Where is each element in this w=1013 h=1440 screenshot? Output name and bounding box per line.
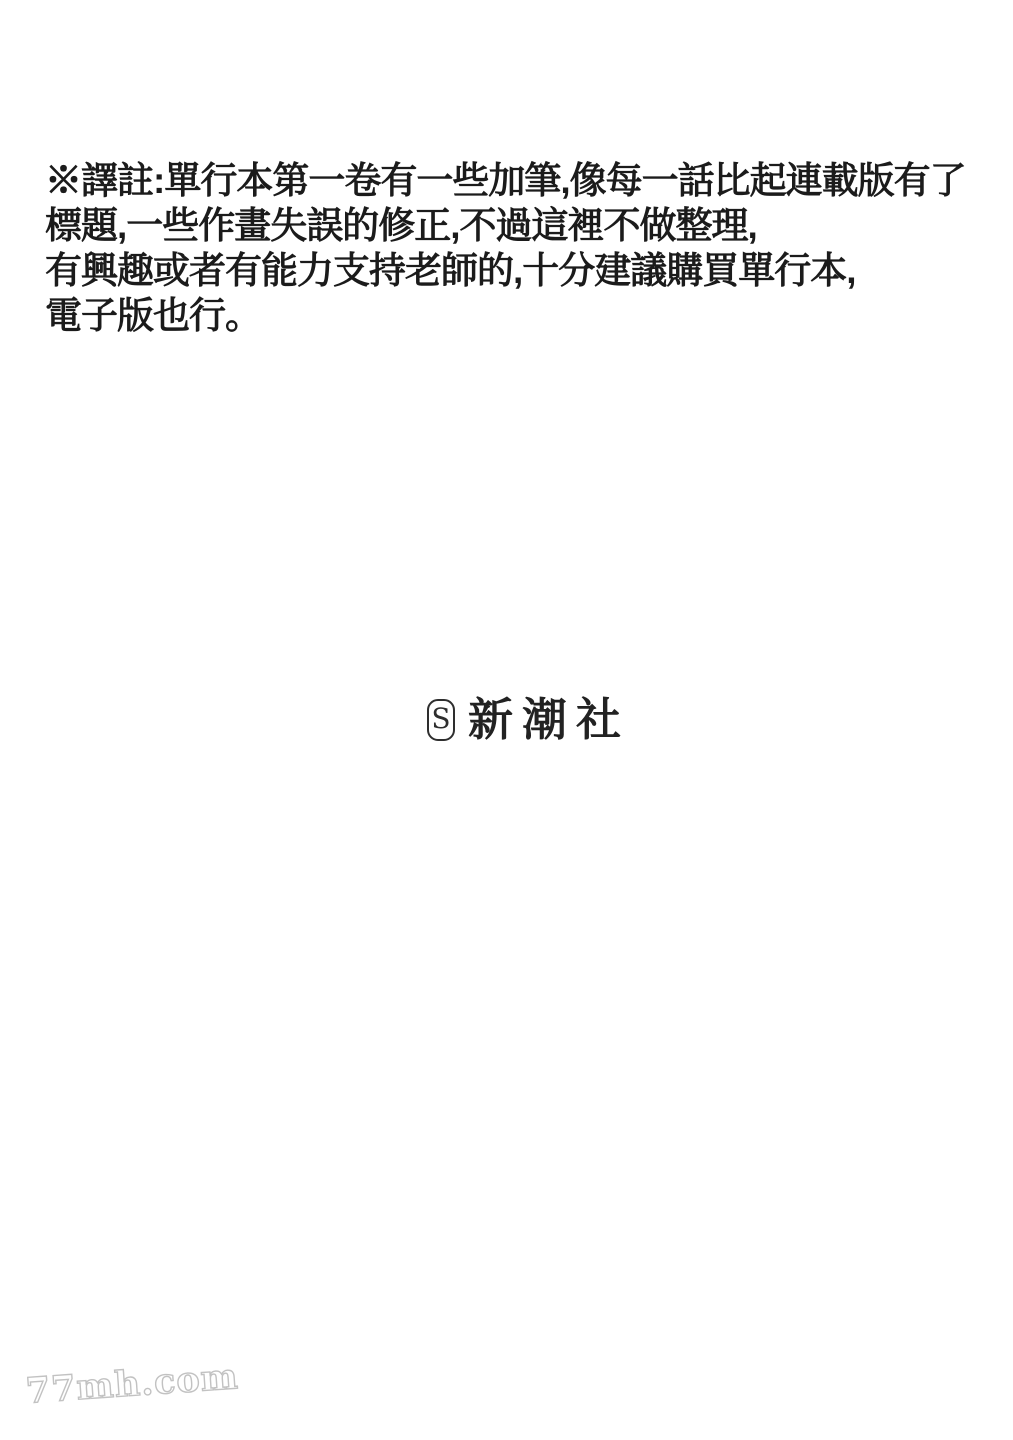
note-line-2: 標題,一些作畫失誤的修正,不過這裡不做整理, (45, 203, 985, 248)
publisher-s-mark-icon: S (427, 699, 455, 741)
note-line-1: ※譯註:單行本第一卷有一些加筆,像每一話比起連載版有了 (45, 158, 985, 203)
manga-credit-page: ※譯註:單行本第一卷有一些加筆,像每一話比起連載版有了 標題,一些作畫失誤的修正… (0, 0, 1013, 1440)
note-line-4: 電子版也行。 (45, 293, 985, 338)
translator-note: ※譯註:單行本第一卷有一些加筆,像每一話比起連載版有了 標題,一些作畫失誤的修正… (45, 158, 985, 338)
publisher-logo: S 新潮社 (427, 697, 630, 742)
note-line-3: 有興趣或者有能力支持老師的,十分建議購買單行本, (45, 248, 985, 293)
publisher-mark-letter: S (431, 705, 450, 733)
site-watermark: 77mh.com (25, 1359, 240, 1409)
publisher-name: 新潮社 (468, 697, 630, 742)
